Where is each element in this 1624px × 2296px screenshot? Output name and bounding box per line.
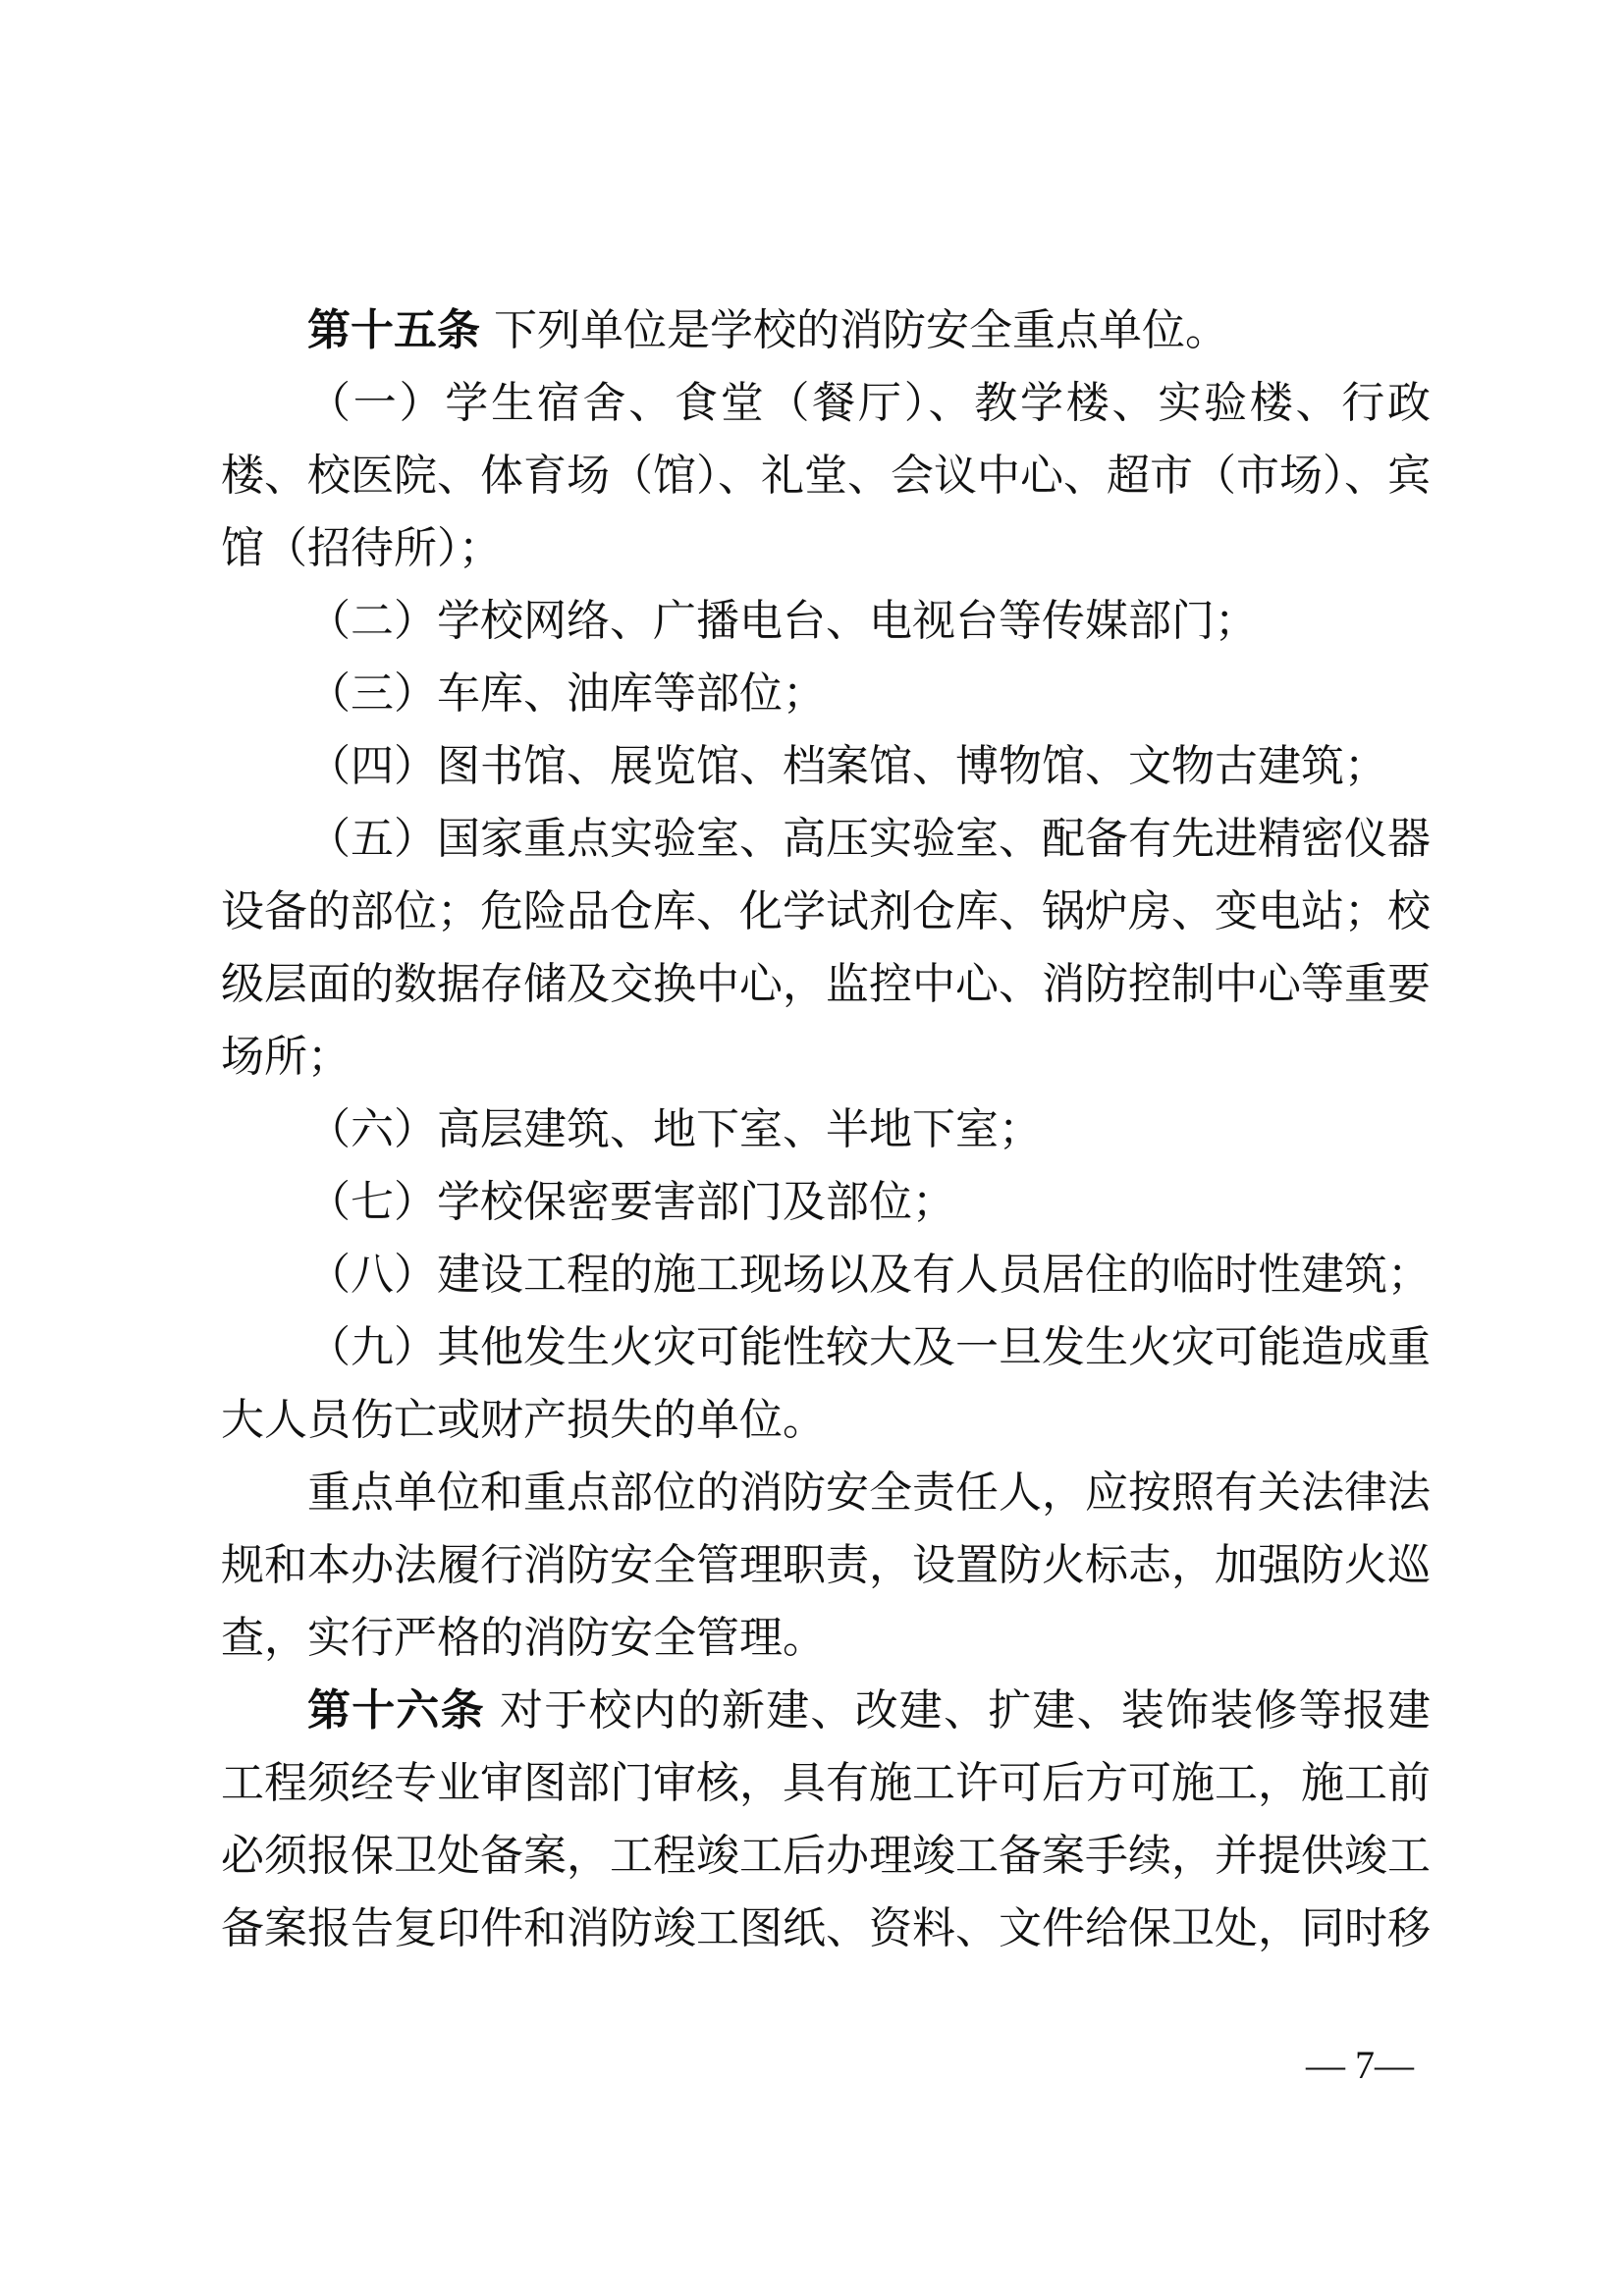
list-item: （一）学生宿舍、食堂（餐厅）、教学楼、实验楼、行政楼、校医院、体育场（馆）、礼堂… (221, 367, 1431, 585)
article-15-closing: 重点单位和重点部位的消防安全责任人，应按照有关法律法规和本办法履行消防安全管理职… (221, 1457, 1431, 1675)
list-item: （三）车库、油库等部位； (221, 658, 1431, 730)
article-16-body: 第十六条 对于校内的新建、改建、扩建、装饰装修等报建工程须经专业审图部门审核，具… (221, 1675, 1431, 1965)
list-item: （五）国家重点实验室、高压实验室、配备有先进精密仪器设备的部位；危险品仓库、化学… (221, 803, 1431, 1094)
article-15-heading: 第十五条 (307, 305, 480, 355)
article-16-heading: 第十六条 (307, 1685, 485, 1735)
list-item: （八）建设工程的施工现场以及有人员居住的临时性建筑； (221, 1239, 1431, 1311)
list-item: （九）其他发生火灾可能性较大及一旦发生火灾可能造成重大人员伤亡或财产损失的单位。 (221, 1311, 1431, 1457)
page-number: — 7— (1306, 2042, 1414, 2088)
list-item: （二）学校网络、广播电台、电视台等传媒部门； (221, 585, 1431, 658)
document-page: 第十五条 下列单位是学校的消防安全重点单位。 （一）学生宿舍、食堂（餐厅）、教学… (221, 294, 1431, 1965)
list-item: （七）学校保密要害部门及部位； (221, 1166, 1431, 1239)
list-item: （四）图书馆、展览馆、档案馆、博物馆、文物古建筑； (221, 730, 1431, 803)
article-15-intro: 第十五条 下列单位是学校的消防安全重点单位。 (221, 294, 1431, 367)
list-item: （六）高层建筑、地下室、半地下室； (221, 1094, 1431, 1166)
